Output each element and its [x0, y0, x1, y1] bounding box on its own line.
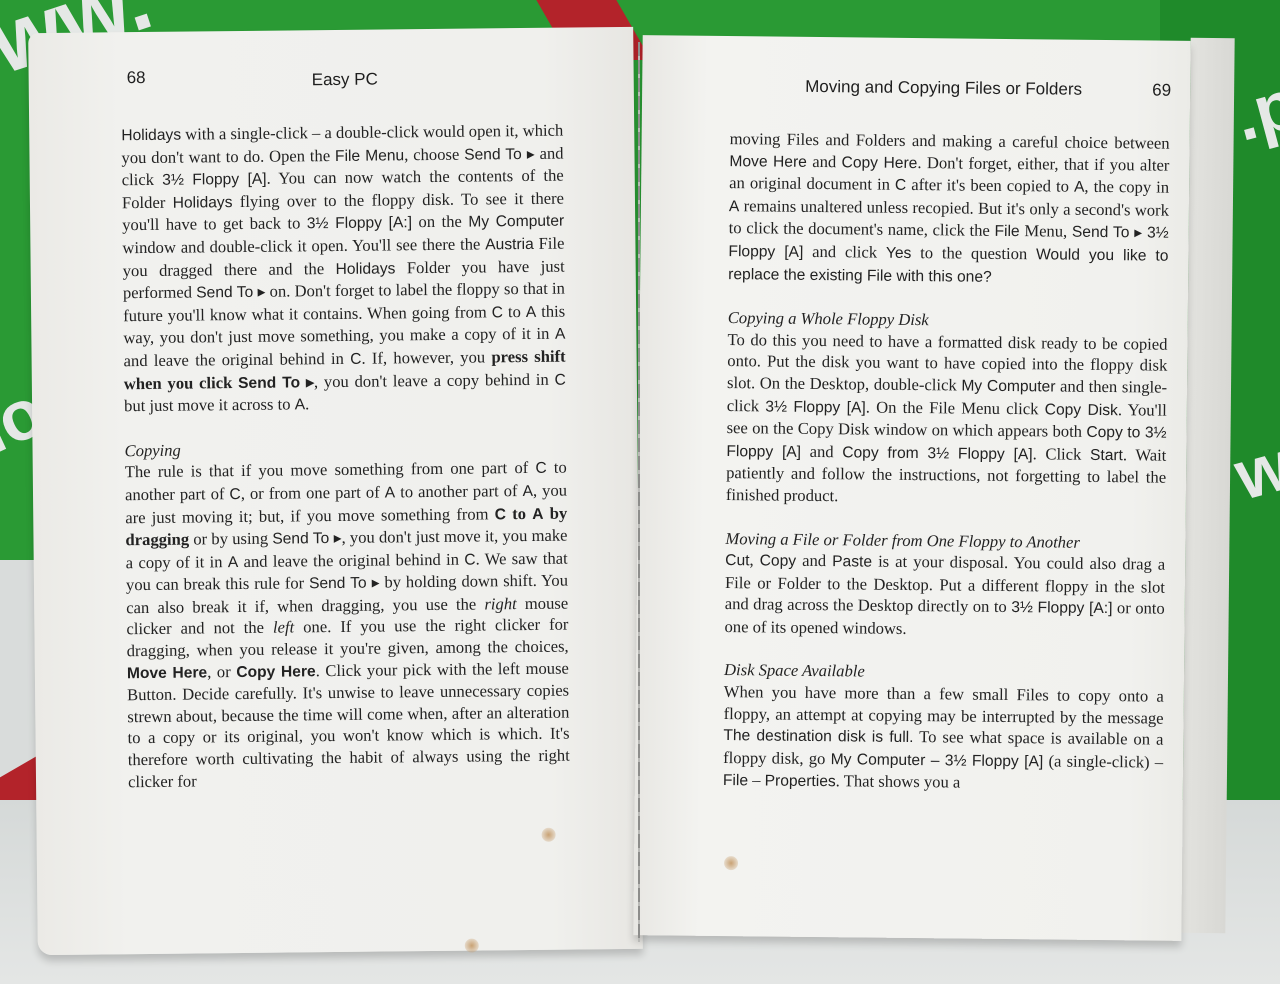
right-page-body: moving Files and Folders and making a ca…	[723, 128, 1170, 797]
ui-term: Yes	[886, 245, 912, 262]
ui-term: Send To ▸	[464, 145, 535, 163]
ui-term: Austria	[485, 236, 534, 254]
ui-term: Cut	[725, 552, 749, 569]
ui-term: A	[228, 554, 239, 571]
paragraph: When you have more than a few small File…	[723, 681, 1164, 797]
ui-term: C	[495, 506, 506, 523]
ui-term: C	[464, 551, 475, 568]
paragraph: Holidays with a single-click – a double-…	[121, 120, 566, 418]
ui-term: Move Here	[127, 664, 207, 682]
book-spine-gutter	[638, 42, 640, 942]
ui-term: A	[522, 483, 533, 500]
ui-term: My Computer – 3½ Floppy [A]	[831, 751, 1044, 770]
ui-term: Send To ▸	[309, 575, 380, 593]
ui-term: A	[526, 304, 537, 321]
left-page: 68 Easy PC Holidays with a single-click …	[28, 27, 643, 955]
ui-term: Holidays	[173, 194, 233, 212]
ui-term: A	[729, 198, 740, 215]
running-head: Easy PC	[312, 70, 378, 91]
ui-term: The destination disk is full.	[723, 727, 913, 746]
paragraph: Cut, Copy and Paste is at your disposal.…	[724, 549, 1165, 642]
paper-stain	[465, 939, 479, 953]
ui-term: Send To ▸	[272, 530, 341, 548]
ui-term: 3½ Floppy [A:]	[1011, 599, 1112, 617]
ui-term: Send To ▸	[196, 284, 265, 302]
ui-term: C	[554, 371, 565, 388]
ui-term: A	[1074, 179, 1085, 196]
ui-term: My Computer	[961, 377, 1055, 395]
ui-term: Properties	[765, 773, 836, 791]
paper-stain	[542, 828, 556, 842]
ui-term: 3½ Floppy [A]	[765, 398, 866, 416]
paper-stain	[724, 856, 738, 870]
page-number: 68	[127, 68, 146, 88]
ui-term: File	[723, 772, 748, 789]
paragraph: To do this you need to have a formatted …	[726, 329, 1168, 510]
ui-term: Copy	[760, 553, 797, 570]
ui-term: Send To ▸	[238, 374, 314, 392]
ui-term: Start	[1090, 447, 1123, 464]
left-page-body: Holidays with a single-click – a double-…	[121, 120, 570, 793]
ui-term: C	[229, 486, 240, 503]
ui-term: C	[895, 177, 906, 194]
ui-term: Holidays	[336, 260, 396, 278]
ui-term: Copy Here	[842, 154, 918, 172]
ui-term: A	[555, 326, 566, 343]
ui-term: 3½ Floppy [A]	[162, 171, 267, 189]
ui-term: A	[532, 505, 543, 522]
ui-term: A	[295, 396, 306, 413]
paragraph: moving Files and Folders and making a ca…	[728, 128, 1170, 290]
ui-term: Copy from 3½ Floppy [A]	[842, 444, 1033, 463]
ui-term: My Computer	[468, 213, 564, 231]
ui-term: C	[535, 460, 546, 477]
ui-term: File	[994, 223, 1019, 240]
ui-term: Copy Here	[236, 663, 316, 681]
ui-term: C	[350, 351, 361, 368]
ui-term: A	[385, 484, 396, 501]
ui-term: File Menu	[335, 147, 404, 165]
paragraph: The rule is that if you move something f…	[125, 457, 570, 793]
ui-term: Holidays	[121, 127, 181, 145]
running-head: Moving and Copying Files or Folders	[805, 77, 1082, 100]
ui-term: Copy Disk	[1045, 401, 1118, 419]
ui-term: Move Here	[729, 153, 807, 171]
ui-term: 3½ Floppy [A:]	[307, 215, 412, 233]
ui-term: Paste	[832, 553, 872, 570]
ui-term: C	[492, 304, 503, 321]
right-page: Moving and Copying Files or Folders 69 m…	[633, 35, 1190, 941]
page-number: 69	[1152, 80, 1171, 100]
